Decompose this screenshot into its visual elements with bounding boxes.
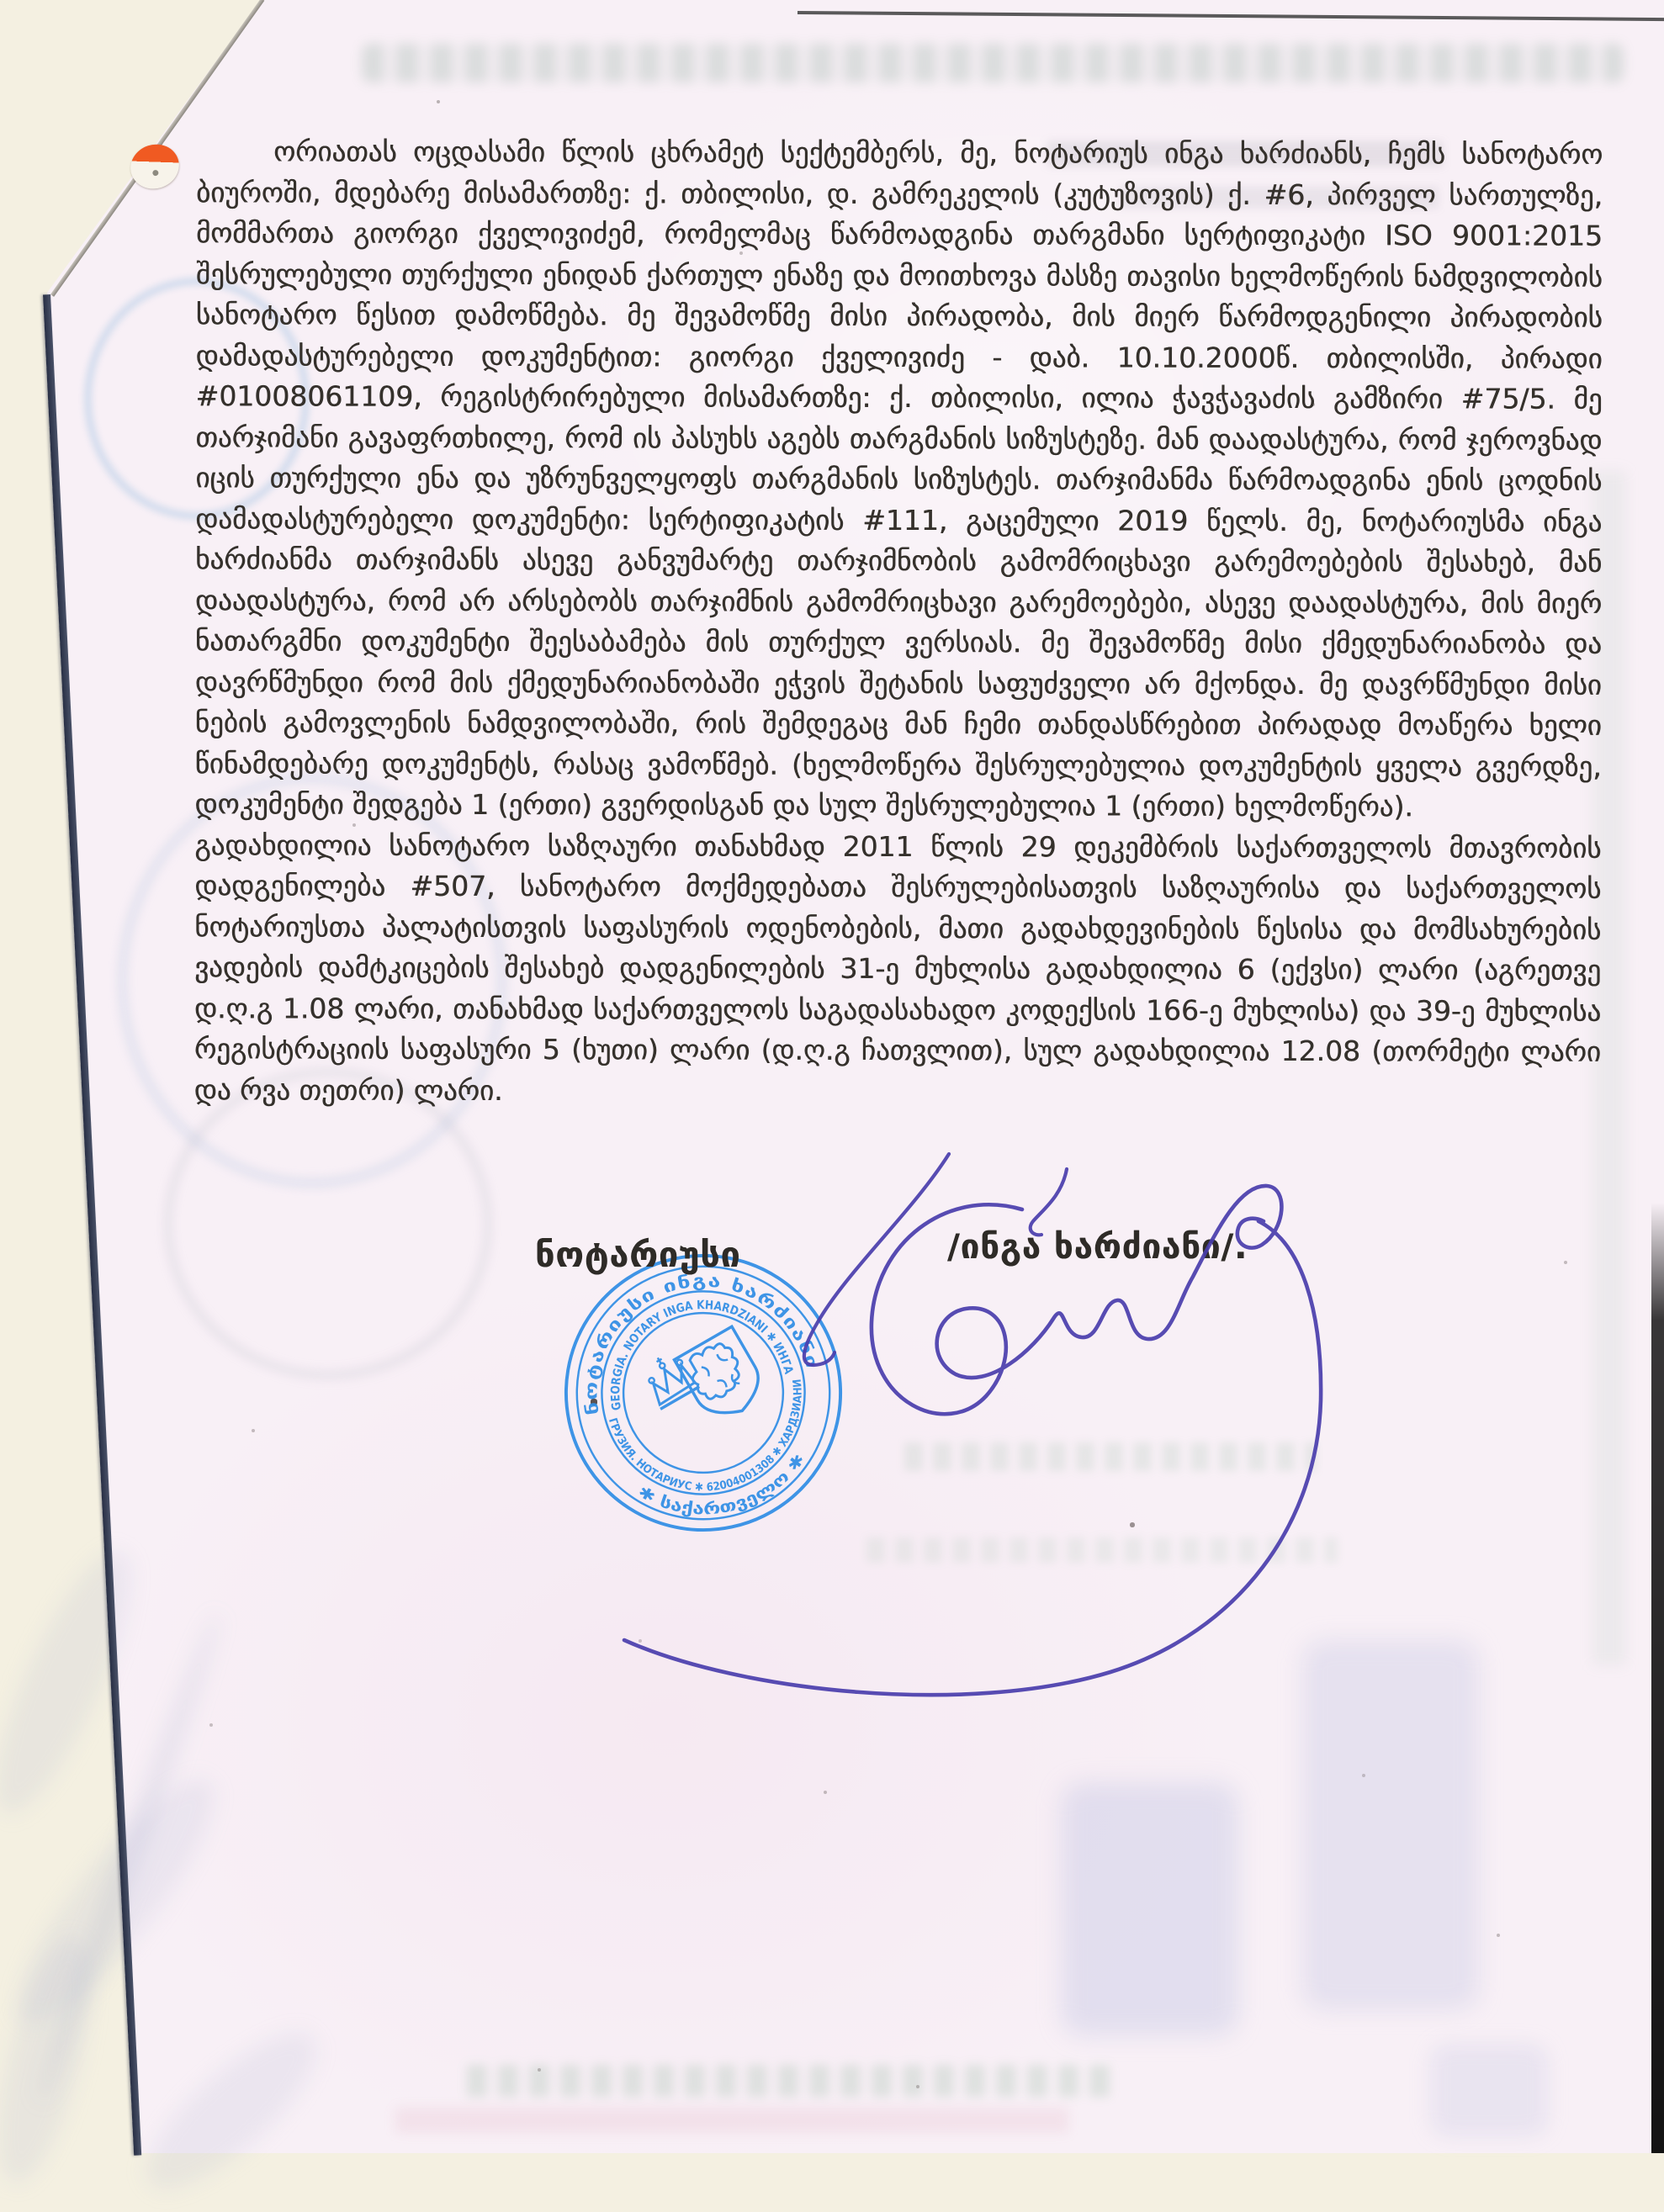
paragraph-certification: ორიათას ოცდასამი წლის ცხრამეტ სექტემბერს… — [194, 131, 1603, 828]
notarial-act-text: ორიათას ოცდასამი წლის ცხრამეტ სექტემბერს… — [194, 131, 1603, 1113]
scanner-right-shadow — [1651, 1203, 1664, 2153]
paragraph-fees: გადახდილია სანოტარო საზღაური თანახმად 20… — [194, 825, 1602, 1114]
scanned-notarial-page: ორიათას ოცდასამი წლის ცხრამეტ სექტემბერს… — [0, 0, 1664, 2153]
notary-signature — [505, 1110, 1396, 1749]
dust-speckles — [0, 0, 2, 2]
bleedthrough-leaf-pattern — [0, 1929, 109, 2153]
